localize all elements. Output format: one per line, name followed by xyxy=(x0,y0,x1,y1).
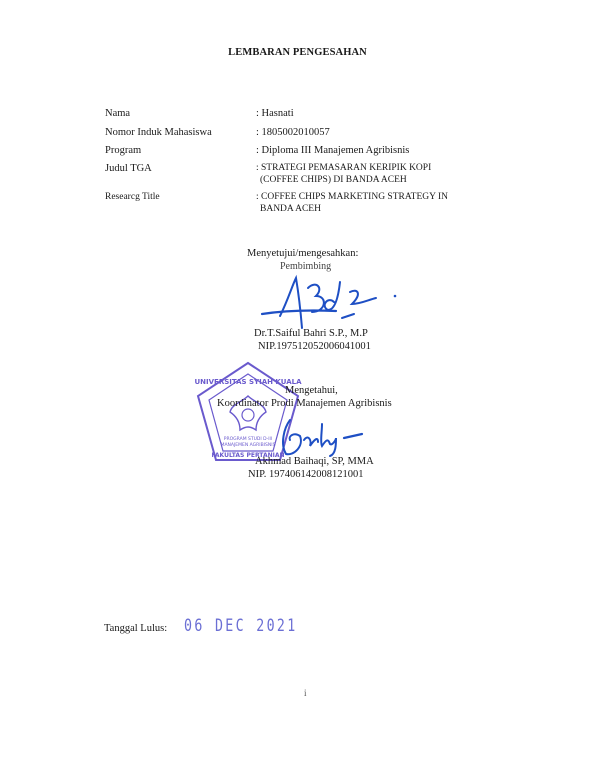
field-value-line: : STRATEGI PEMASARAN KERIPIK KOPI xyxy=(256,163,496,175)
field-value: : STRATEGI PEMASARAN KERIPIK KOPI (COFFE… xyxy=(256,163,496,186)
supervisor-nip: NIP.197512052006041001 xyxy=(258,341,371,352)
field-value-line: BANDA ACEH xyxy=(256,204,496,216)
field-value-line: : COFFEE CHIPS MARKETING STRATEGY IN xyxy=(256,192,496,204)
page-number: i xyxy=(304,688,307,698)
field-label: Researcg Title xyxy=(105,192,160,202)
coordinator-signature xyxy=(270,410,370,460)
field-value: : COFFEE CHIPS MARKETING STRATEGY IN BAN… xyxy=(256,192,496,215)
approval-heading: Menyetujui/mengesahkan: xyxy=(247,248,358,259)
svg-text:MANAJEMEN AGRIBISNIS: MANAJEMEN AGRIBISNIS xyxy=(221,442,276,448)
supervisor-name: Dr.T.Saiful Bahri S.P., M.P xyxy=(254,328,368,339)
coordinator-name: Akhmad Baihaqi, SP, MMA xyxy=(255,456,374,467)
coordinator-nip: NIP. 197406142008121001 xyxy=(248,469,364,480)
graduation-date-label: Tanggal Lulus: xyxy=(104,623,167,634)
graduation-date-stamp: 06 DEC 2021 xyxy=(184,616,298,636)
field-value: : 1805002010057 xyxy=(256,127,496,139)
coordinator-role: Koordinator Prodi Manajemen Agribisnis xyxy=(217,398,392,409)
field-value: : Diploma III Manajemen Agribisnis xyxy=(256,145,496,157)
field-value-line: (COFFEE CHIPS) DI BANDA ACEH xyxy=(256,175,496,187)
field-label: Nomor Induk Mahasiswa xyxy=(105,127,212,138)
field-label: Nama xyxy=(105,108,130,119)
supervisor-signature xyxy=(258,270,408,332)
acknowledgement-heading: Mengetahui, xyxy=(285,385,338,396)
page-title: LEMBARAN PENGESAHAN xyxy=(0,47,595,58)
field-label: Judul TGA xyxy=(105,163,152,174)
field-label: Program xyxy=(105,145,141,156)
svg-text:PROGRAM STUDI D-III: PROGRAM STUDI D-III xyxy=(224,436,272,442)
field-value: : Hasnati xyxy=(256,108,496,120)
